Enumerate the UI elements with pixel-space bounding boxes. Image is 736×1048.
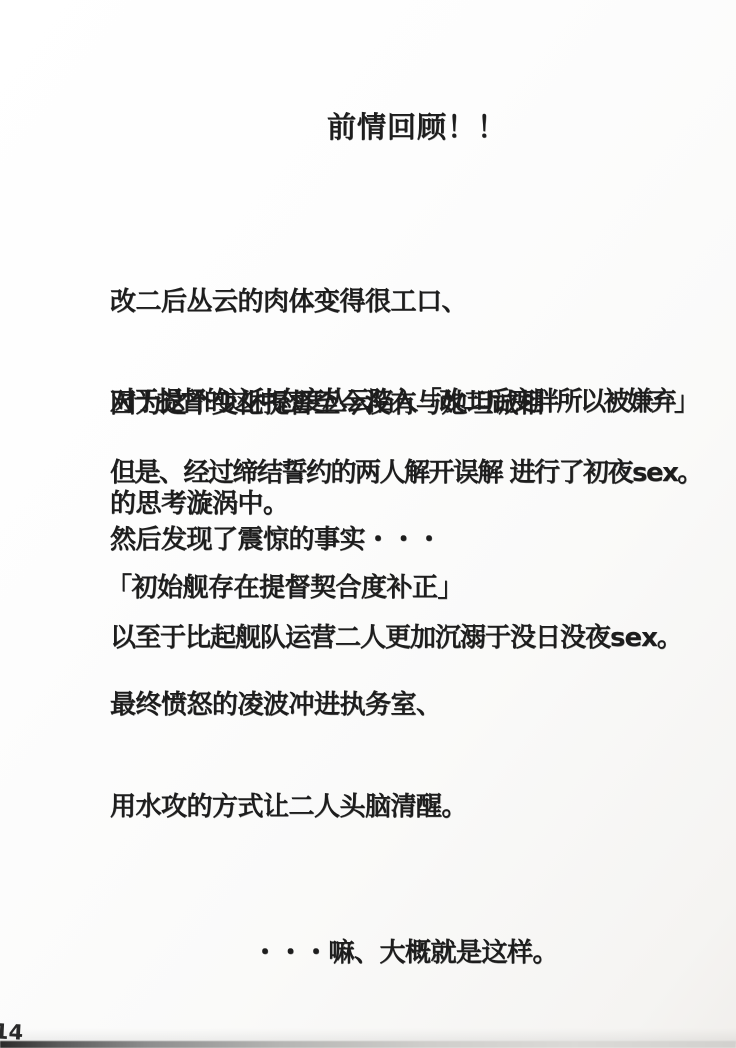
page-title: 前情回顾！！ (327, 110, 507, 144)
scanned-comic-page: 前情回顾！！ 改二后丛云的肉体变得很工口、 因为这个变化提督至今没有与她坦诚相 … (0, 0, 736, 1048)
text-line: 改二后丛云的肉体变得很工口、 (110, 285, 544, 319)
footer-remark: ・・・嘛、大概就是这样。 (252, 936, 558, 970)
text-line: 用水攻的方式让二人头脑清醒。 (110, 790, 467, 824)
page-edge-shadow (0, 1041, 736, 1048)
paragraph-ending: 最终愤怒的凌波冲进执务室、 用水攻的方式让二人头脑清醒。 (110, 620, 467, 892)
text-line: 最终愤怒的凌波冲进执务室、 (110, 688, 467, 722)
